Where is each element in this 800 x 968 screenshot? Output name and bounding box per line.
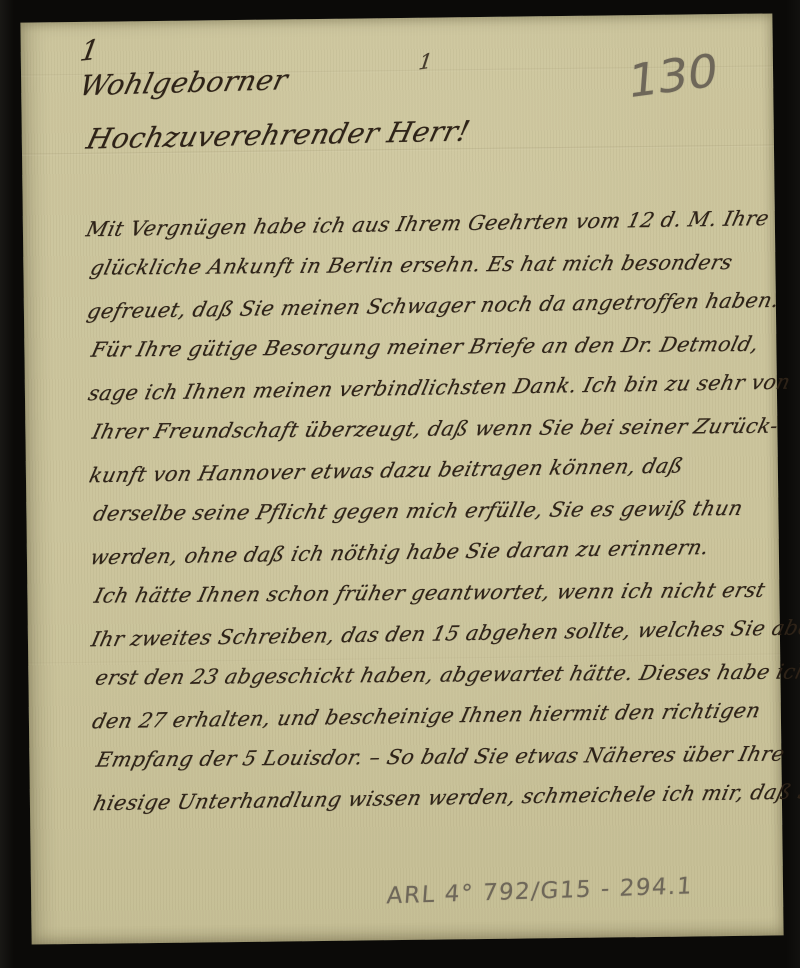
pencil-foliation-number: 130 <box>626 43 719 108</box>
letter-body: Mit Vergnügen habe ich aus Ihrem Geehrte… <box>87 200 762 823</box>
page-numeral-left: 1 <box>78 33 102 68</box>
salutation-line-2: Hochzuverehrender Herr! <box>83 114 473 155</box>
letter-page: 1 1 130 Wohlgeborner Hochzuverehrender H… <box>20 13 783 944</box>
letter-line: hiesige Unterhandlung wissen werden, sch… <box>89 772 767 824</box>
photograph-background: 1 1 130 Wohlgeborner Hochzuverehrender H… <box>0 0 800 968</box>
salutation-line-1: Wohlgeborner <box>76 58 473 103</box>
archive-reference: ARL 4° 792/G15 - 294.1 <box>386 873 694 909</box>
salutation: Wohlgeborner Hochzuverehrender Herr! <box>81 61 469 154</box>
